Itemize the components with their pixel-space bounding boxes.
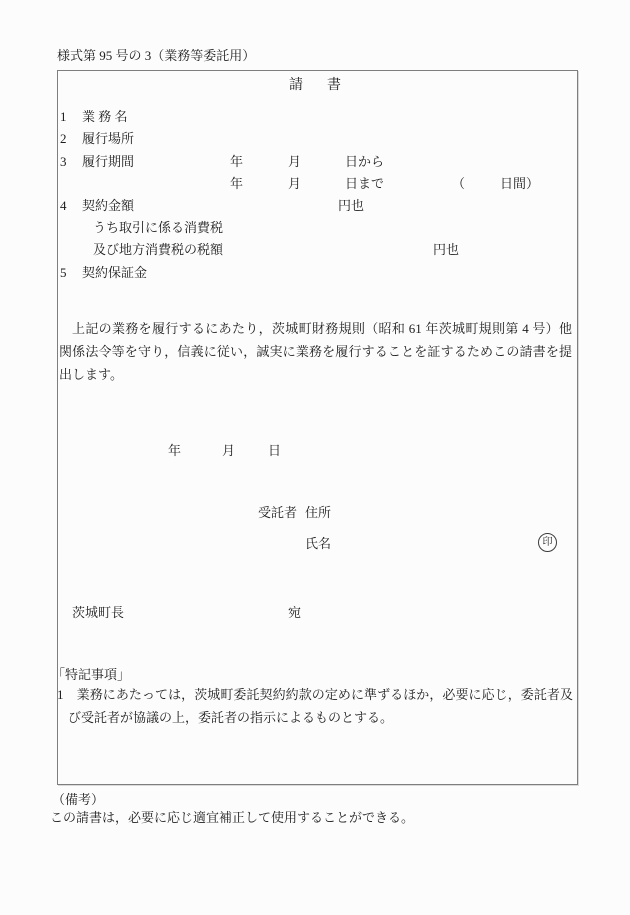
item-amount-label: 契約金額 [82, 199, 134, 214]
seal-mark-icon: 印 [538, 533, 557, 552]
contractor-address-label: 住所 [305, 506, 331, 521]
pledge-paragraph: 上記の業務を履行するにあたり，茨城町財務規則（昭和 61 年茨城町規則第 4 号… [59, 317, 572, 386]
document-title: 請 書 [58, 78, 577, 94]
item-period-number: 3 [60, 155, 67, 170]
form-number: 様式第 95 号の 3（業務等委託用） [57, 49, 255, 64]
item-amount-number: 4 [60, 199, 67, 214]
form-page: 様式第 95 号の 3（業務等委託用） 請 書 1 業 務 名 2 履行場所 3… [0, 0, 630, 915]
period-from-year-label: 年 [230, 155, 243, 170]
period-days-paren-open: （ [452, 177, 465, 192]
period-from-day-label: 日から [345, 155, 384, 170]
period-to-month-label: 月 [288, 177, 301, 192]
amount-tax-line2: 及び地方消費税の税額 [93, 243, 223, 258]
contractor-role-label: 受託者 [258, 506, 297, 521]
date-month-label: 月 [222, 444, 235, 459]
item-place-number: 2 [60, 132, 67, 147]
date-day-label: 日 [268, 444, 281, 459]
item-deposit-number: 5 [60, 266, 67, 281]
special-notes-item: 1 業務にあたっては，茨城町委託契約約款の定めに準ずるほか，必要に応じ，委託者及… [57, 683, 573, 729]
item-deposit-label: 契約保証金 [82, 266, 147, 281]
period-to-day-label: 日まで [345, 177, 384, 192]
amount-unit-label: 円也 [338, 199, 364, 214]
amount-tax-line1: うち取引に係る消費税 [93, 221, 223, 236]
remarks-text: この請書は，必要に応じ適宜補正して使用することができる。 [50, 811, 414, 826]
addressee-name: 茨城町長 [72, 606, 124, 621]
item-place-label: 履行場所 [82, 132, 134, 147]
period-to-year-label: 年 [230, 177, 243, 192]
item-period-label: 履行期間 [82, 155, 134, 170]
addressee-to-label: 宛 [288, 606, 301, 621]
amount-tax-unit-label: 円也 [433, 243, 459, 258]
special-notes-heading: 「特記事項」 [52, 668, 130, 683]
remarks-heading: （備考） [52, 793, 104, 808]
item-business-name-number: 1 [60, 110, 67, 125]
contractor-name-label: 氏名 [305, 537, 331, 552]
date-year-label: 年 [168, 444, 181, 459]
item-business-name-label: 業 務 名 [82, 110, 128, 125]
period-days-label: 日間） [500, 177, 539, 192]
period-from-month-label: 月 [288, 155, 301, 170]
